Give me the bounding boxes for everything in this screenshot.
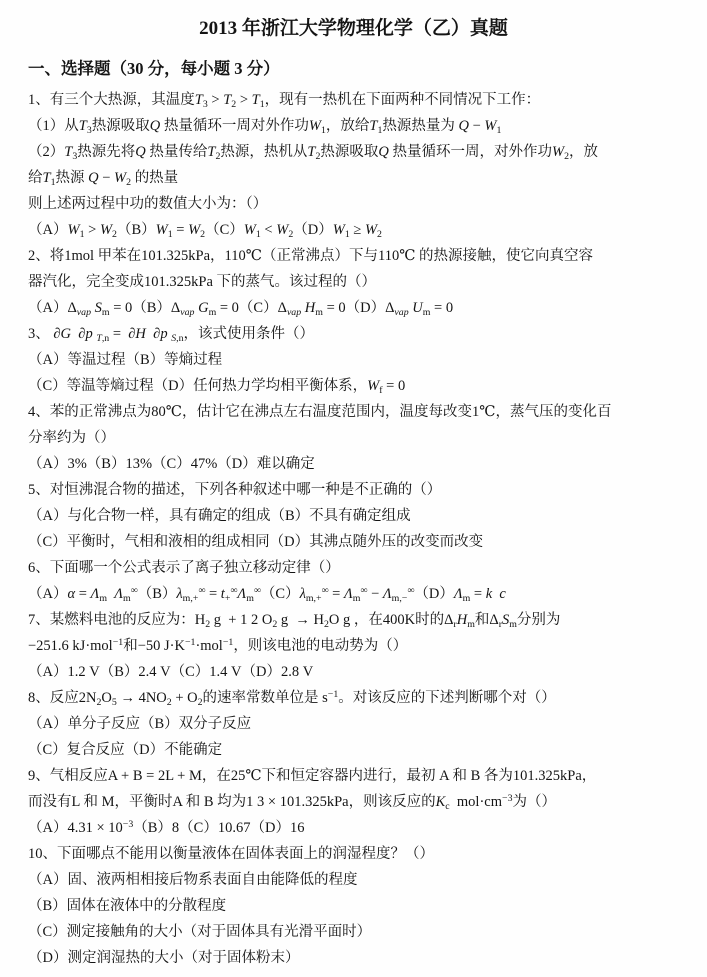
question-options: （A）3%（B）13%（C）47%（D）难以确定 xyxy=(28,451,691,477)
question-line: 8、反应2N2O5 → 4NO2 + O2的速率常数单位是 s−1。对该反应的下… xyxy=(28,685,691,711)
question-line: 给T1热源 Q − W2 的热量 xyxy=(28,165,691,191)
question-line: 10、下面哪点不能用以衡量液体在固体表面上的润湿程度？（） xyxy=(28,841,691,867)
question-line: （1）从T3热源吸取Q 热量循环一周对外作功W1，放给T1热源热量为 Q − W… xyxy=(28,113,691,139)
question-line: 分率约为（） xyxy=(28,425,691,451)
section-heading: 一、选择题（30 分，每小题 3 分） xyxy=(28,56,707,82)
question-options: （A）单分子反应（B）双分子反应 xyxy=(28,711,691,737)
question-line: 则上述两过程中功的数值大小为：（） xyxy=(28,191,691,217)
page-title: 2013 年浙江大学物理化学（乙）真题 xyxy=(0,0,707,42)
question-line: 而没有L 和 M，平衡时A 和 B 均为1 3 × 101.325kPa，则该反… xyxy=(28,789,691,815)
question-10: 10、下面哪点不能用以衡量液体在固体表面上的润湿程度？（） （A）固、液两相相接… xyxy=(28,841,691,971)
question-line: 1、有三个大热源，其温度T3 > T2 > T1，现有一热机在下面两种不同情况下… xyxy=(28,87,691,113)
question-line: 7、某燃料电池的反应为：H2 g + 1 2 O2 g → H2O g ，在40… xyxy=(28,607,691,633)
question-options: （C）平衡时，气相和液相的组成相同（D）其沸点随外压的改变而改变 xyxy=(28,529,691,555)
question-line: 器汽化，完全变成101.325kPa 下的蒸气。该过程的（） xyxy=(28,269,691,295)
question-7: 7、某燃料电池的反应为：H2 g + 1 2 O2 g → H2O g ，在40… xyxy=(28,607,691,685)
question-3: 3、 ∂G ∂p T,n = ∂H ∂p S,n，该式使用条件（） （A）等温过… xyxy=(28,321,691,399)
question-options: （A）Δvap Sm = 0（B）Δvap Gm = 0（C）Δvap Hm =… xyxy=(28,295,691,321)
question-4: 4、苯的正常沸点为80℃，估计它在沸点左右温度范围内，温度每改变1℃，蒸气压的变… xyxy=(28,399,691,477)
question-line: 5、对恒沸混合物的描述，下列各种叙述中哪一种是不正确的（） xyxy=(28,477,691,503)
question-options: （B）固体在液体中的分散程度 xyxy=(28,893,691,919)
exam-document-page: 2013 年浙江大学物理化学（乙）真题 一、选择题（30 分，每小题 3 分） … xyxy=(0,0,707,977)
question-options: （C）复合反应（D）不能确定 xyxy=(28,737,691,763)
question-line: 4、苯的正常沸点为80℃，估计它在沸点左右温度范围内，温度每改变1℃，蒸气压的变… xyxy=(28,399,691,425)
question-5: 5、对恒沸混合物的描述，下列各种叙述中哪一种是不正确的（） （A）与化合物一样，… xyxy=(28,477,691,555)
question-line: −251.6 kJ·mol−1和−50 J·K−1·mol−1，则该电池的电动势… xyxy=(28,633,691,659)
question-options: （A）1.2 V（B）2.4 V（C）1.4 V（D）2.8 V xyxy=(28,659,691,685)
question-line: （2）T3热源先将Q 热量传给T2热源，热机从T2热源吸取Q 热量循环一周，对外… xyxy=(28,139,691,165)
question-1: 1、有三个大热源，其温度T3 > T2 > T1，现有一热机在下面两种不同情况下… xyxy=(28,87,691,243)
question-options: （A）与化合物一样，具有确定的组成（B）不具有确定组成 xyxy=(28,503,691,529)
question-options: （D）测定润湿热的大小（对于固体粉末） xyxy=(28,945,691,971)
question-line: 2、将1mol 甲苯在101.325kPa，110℃（正常沸点）下与110℃ 的… xyxy=(28,243,691,269)
document-body: 1、有三个大热源，其温度T3 > T2 > T1，现有一热机在下面两种不同情况下… xyxy=(28,87,691,971)
question-6: 6、下面哪一个公式表示了离子独立移动定律（） （A）α = Λm Λm∞（B）λ… xyxy=(28,555,691,607)
question-line: 3、 ∂G ∂p T,n = ∂H ∂p S,n，该式使用条件（） xyxy=(28,321,691,347)
question-options: （A）W1 > W2（B）W1 = W2（C）W1 < W2（D）W1 ≥ W2 xyxy=(28,217,691,243)
question-options: （A）4.31 × 10−3（B）8（C）10.67（D）16 xyxy=(28,815,691,841)
question-line: 6、下面哪一个公式表示了离子独立移动定律（） xyxy=(28,555,691,581)
question-options: （C）测定接触角的大小（对于固体具有光滑平面时） xyxy=(28,919,691,945)
question-line: 9、气相反应A + B = 2L + M，在25℃下和恒定容器内进行，最初 A … xyxy=(28,763,691,789)
question-options: （C）等温等熵过程（D）任何热力学均相平衡体系，Wf = 0 xyxy=(28,373,691,399)
question-2: 2、将1mol 甲苯在101.325kPa，110℃（正常沸点）下与110℃ 的… xyxy=(28,243,691,321)
question-8: 8、反应2N2O5 → 4NO2 + O2的速率常数单位是 s−1。对该反应的下… xyxy=(28,685,691,763)
question-9: 9、气相反应A + B = 2L + M，在25℃下和恒定容器内进行，最初 A … xyxy=(28,763,691,841)
question-options: （A）等温过程（B）等熵过程 xyxy=(28,347,691,373)
question-options: （A）固、液两相相接后物系表面自由能降低的程度 xyxy=(28,867,691,893)
question-options: （A）α = Λm Λm∞（B）λm,+∞ = t+∞Λm∞（C）λm,+∞ =… xyxy=(28,581,691,607)
